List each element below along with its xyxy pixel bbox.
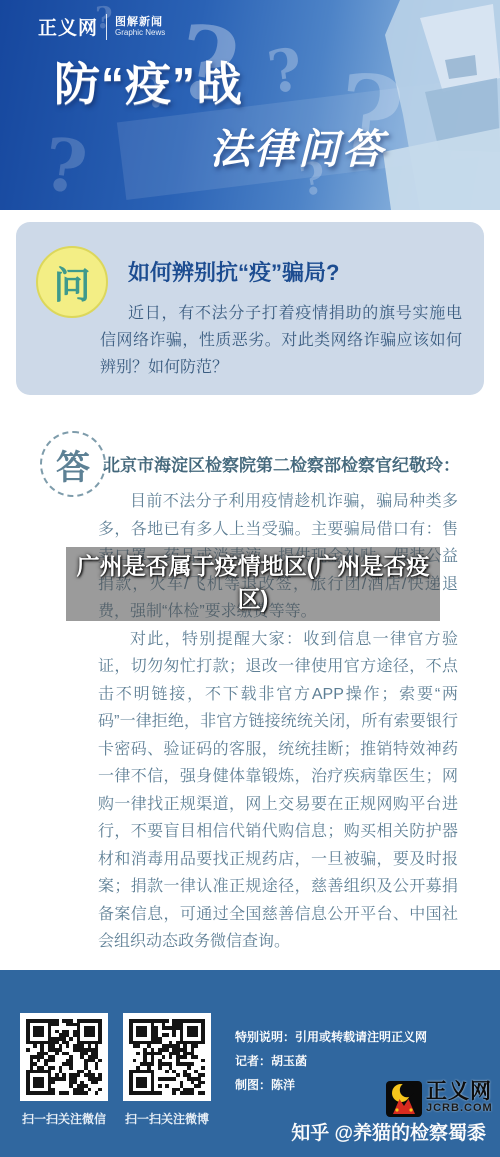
watermark-overlay: 广州是否属于疫情地区(广州是否疫区) [66, 547, 440, 621]
question-title: 如何辨别抗“疫”骗局? [128, 256, 339, 287]
banner: ? ? ? ? ? ? ? 正义网 图解新闻 Graphic News 防“疫”… [0, 0, 500, 210]
answer-badge: 答 [40, 431, 106, 497]
footer: 扫一扫关注微信 扫一扫关注微博 特别说明：引用或转载请注明正义网 记者：胡玉菡 … [0, 970, 500, 1157]
jcrb-logo-text: 正义网 [426, 1081, 493, 1103]
wechat-qr-label: 扫一扫关注微信 [14, 1110, 114, 1127]
jcrb-footer-logo: 正义网 JCRB.COM [386, 1081, 493, 1117]
zhihu-handle: 知乎 @养猫的检察蜀黍 [291, 1118, 486, 1145]
jcrb-logo-domain: JCRB.COM [426, 1103, 493, 1115]
answer-paragraph: 对此，特别提醒大家：收到信息一律官方验证，切勿匆忙打款；退改一律使用官方途径，不… [98, 626, 458, 956]
question-mark-decoration: ? [39, 127, 91, 204]
poster-title: 防“疫”战 [54, 48, 243, 114]
logo-subtitle-en: Graphic News [115, 28, 165, 37]
weibo-qr-label: 扫一扫关注微博 [117, 1110, 217, 1127]
credit-reporter: 记者：胡玉菡 [235, 1049, 427, 1073]
credit-note: 特别说明：引用或转载请注明正义网 [235, 1025, 427, 1049]
jcrb-logo-icon [386, 1081, 422, 1117]
wechat-qr-code [20, 1013, 108, 1101]
question-body: 近日，有不法分子打着疫情捐助的旗号实施电信网络诈骗，性质恶劣。对此类网络诈骗应该… [100, 300, 462, 381]
jcrb-header-logo: 正义网 图解新闻 Graphic News [38, 13, 165, 40]
question-mark-decoration: ? [264, 40, 306, 102]
question-badge: 问 [36, 246, 108, 318]
answer-speaker: 北京市海淀区检察院第二检察部检察官纪敬玲： [103, 451, 460, 476]
weibo-qr-code [123, 1013, 211, 1101]
logo-subtitle-cn: 图解新闻 [115, 16, 165, 29]
logo-divider [106, 14, 107, 40]
logo-brand-text: 正义网 [38, 13, 98, 40]
infographic-page: ? ? ? ? ? ? ? 正义网 图解新闻 Graphic News 防“疫”… [0, 0, 500, 1157]
question-card: 问 如何辨别抗“疫”骗局? 近日，有不法分子打着疫情捐助的旗号实施电信网络诈骗，… [16, 222, 484, 395]
poster-subtitle: 法律问答 [210, 116, 386, 175]
